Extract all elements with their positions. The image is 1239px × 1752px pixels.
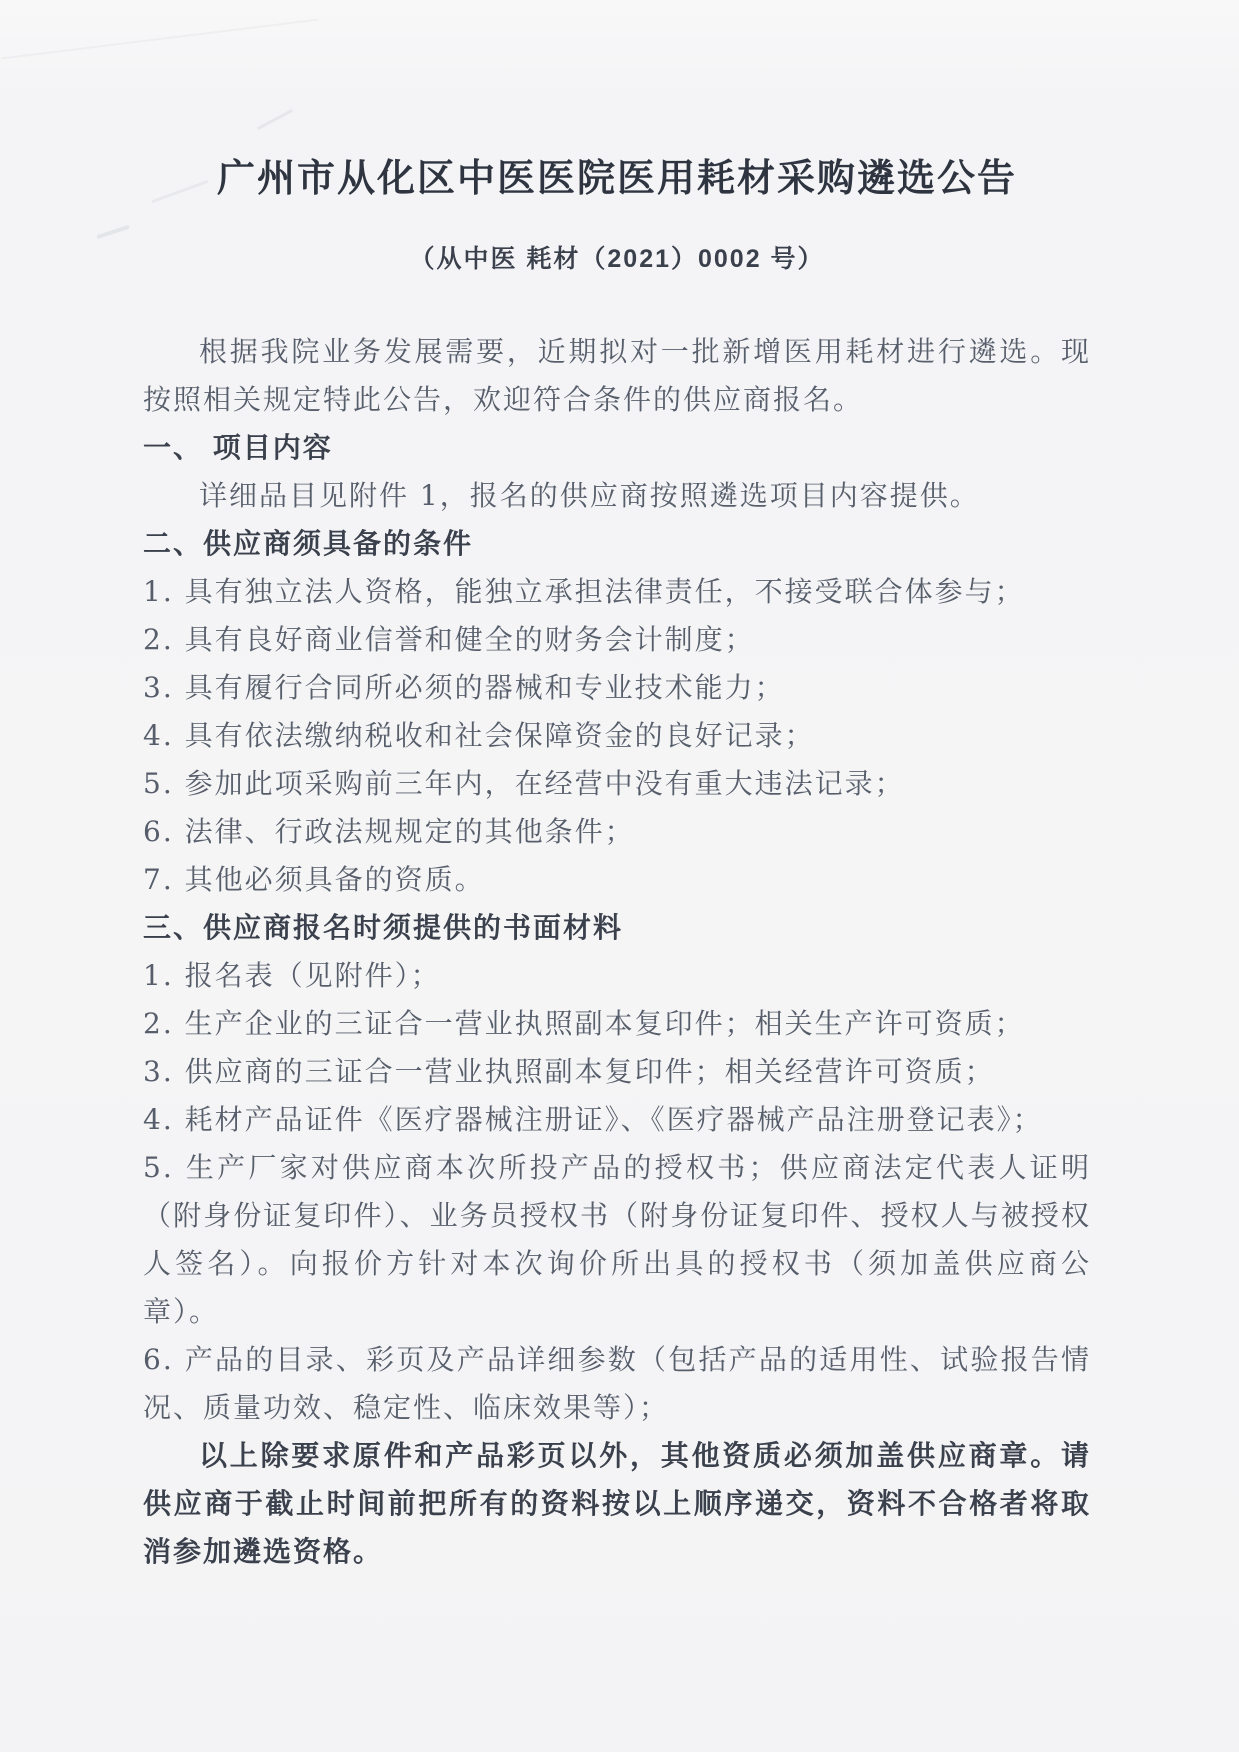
doc-number: （从中医 耗材（2021）0002 号） — [143, 242, 1091, 276]
page-title: 广州市从化区中医医院医用耗材采购遴选公告 — [143, 150, 1091, 208]
material-item: 4. 耗材产品证件《医疗器械注册证》、《医疗器械产品注册登记表》； — [143, 1096, 1091, 1144]
material-item: 6. 产品的目录、彩页及产品详细参数（包括产品的适用性、试验报告情况、质量功效、… — [143, 1336, 1091, 1432]
intro-paragraph: 根据我院业务发展需要，近期拟对一批新增医用耗材进行遴选。现按照相关规定特此公告，… — [143, 328, 1091, 424]
material-item: 3. 供应商的三证合一营业执照副本复印件；相关经营许可资质； — [143, 1048, 1091, 1096]
closing-note: 以上除要求原件和产品彩页以外，其他资质必须加盖供应商章。请供应商于截止时间前把所… — [143, 1432, 1091, 1576]
condition-item: 4. 具有依法缴纳税收和社会保障资金的良好记录； — [143, 712, 1091, 760]
condition-item: 6. 法律、行政法规规定的其他条件； — [143, 808, 1091, 856]
material-item: 5. 生产厂家对供应商本次所投产品的授权书；供应商法定代表人证明（附身份证复印件… — [143, 1144, 1091, 1336]
condition-item: 5. 参加此项采购前三年内，在经营中没有重大违法记录； — [143, 760, 1091, 808]
document-content: 广州市从化区中医医院医用耗材采购遴选公告 （从中医 耗材（2021）0002 号… — [143, 0, 1091, 1576]
section-2-heading: 二、供应商须具备的条件 — [143, 520, 1091, 568]
condition-item: 2. 具有良好商业信誉和健全的财务会计制度； — [143, 616, 1091, 664]
condition-item: 3. 具有履行合同所必须的器械和专业技术能力； — [143, 664, 1091, 712]
section-1-heading: 一、 项目内容 — [143, 424, 1091, 472]
scan-crease-mark — [96, 225, 130, 239]
document-page: 广州市从化区中医医院医用耗材采购遴选公告 （从中医 耗材（2021）0002 号… — [0, 0, 1239, 1752]
section-3-heading: 三、供应商报名时须提供的书面材料 — [143, 904, 1091, 952]
condition-item: 1. 具有独立法人资格，能独立承担法律责任，不接受联合体参与； — [143, 568, 1091, 616]
condition-item: 7. 其他必须具备的资质。 — [143, 856, 1091, 904]
section-1-body: 详细品目见附件 1，报名的供应商按照遴选项目内容提供。 — [143, 472, 1091, 520]
material-item: 1. 报名表（见附件）； — [143, 952, 1091, 1000]
material-item: 2. 生产企业的三证合一营业执照副本复印件；相关生产许可资质； — [143, 1000, 1091, 1048]
